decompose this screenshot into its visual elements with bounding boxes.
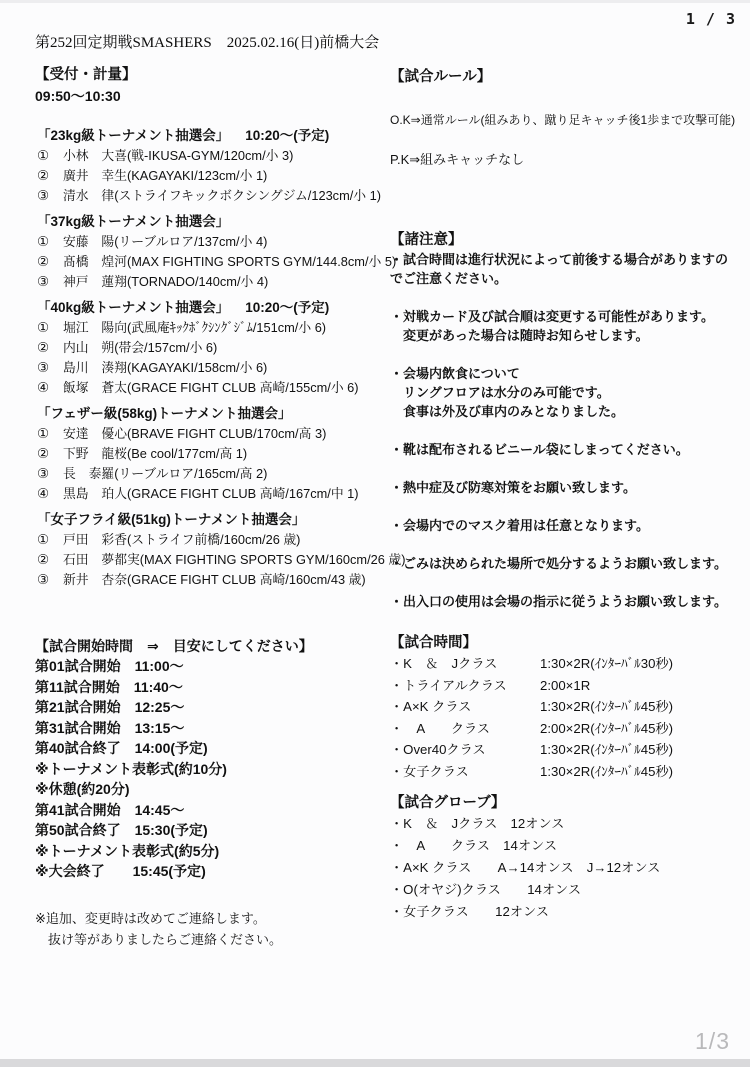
notice-item: ・出入口の使用は会場の指示に従うようお願い致します。 bbox=[390, 592, 748, 611]
entry-number: ③ bbox=[37, 464, 63, 484]
fighter-entry: ①安達 優心(BRAVE FIGHT CLUB/170cm/高 3) bbox=[37, 424, 392, 444]
notices-section: 【諸注意】 ・試合時間は進行状況によって前後する場合がありますの でご注意くださ… bbox=[390, 230, 748, 630]
draw-section-23kg: 「23kg級トーナメント抽選会」10:20～(予定) ①小林 大喜(戦-IKUS… bbox=[37, 126, 392, 206]
glove-line: ・K ＆ Jクラス 12オンス bbox=[390, 813, 748, 835]
fighter-entry: ②髙橋 煌河(MAX FIGHTING SPORTS GYM/144.8cm/小… bbox=[37, 252, 392, 272]
draw-section-feather-58kg: 「フェザー級(58kg)トーナメント抽選会」 ①安達 優心(BRAVE FIGH… bbox=[37, 404, 392, 504]
entry-number: ① bbox=[37, 530, 63, 550]
match-time-row: ・Over40クラス1:30×2R(ｲﾝﾀｰﾊﾞﾙ45秒) bbox=[390, 739, 748, 761]
entry-text: 内山 朔(帯会/157cm/小 6) bbox=[63, 338, 217, 358]
glove-line: ・O(オヤジ)クラス 14オンス bbox=[390, 879, 748, 901]
fighter-entry: ④黒島 珀人(GRACE FIGHT CLUB 高崎/167cm/中 1) bbox=[37, 484, 392, 504]
draw-heading-text: 「女子フライ級(51kg)トーナメント抽選会」 bbox=[37, 512, 305, 527]
entry-text: 小林 大喜(戦-IKUSA-GYM/120cm/小 3) bbox=[63, 146, 293, 166]
page-indicator-top: 1 / 3 bbox=[686, 10, 736, 28]
notice-item: ・会場内飲食について リングフロアは水分のみ可能です。 食事は外及び車内のみとな… bbox=[390, 364, 748, 421]
draw-heading: 「37kg級トーナメント抽選会」 bbox=[37, 212, 392, 232]
entry-text: 安達 優心(BRAVE FIGHT CLUB/170cm/高 3) bbox=[63, 424, 326, 444]
start-time-line: ※大会終了 15:45(予定) bbox=[35, 861, 390, 882]
match-time-row: ・ A クラス2:00×2R(ｲﾝﾀｰﾊﾞﾙ45秒) bbox=[390, 718, 748, 740]
fighter-entry: ②下野 龍桜(Be cool/177cm/高 1) bbox=[37, 444, 392, 464]
notices-heading: 【諸注意】 bbox=[390, 230, 748, 250]
entry-text: 島川 湊翔(KAGAYAKI/158cm/小 6) bbox=[63, 358, 267, 378]
draw-heading-text: 「40kg級トーナメント抽選会」 bbox=[37, 300, 229, 315]
start-times-heading: 【試合開始時間 ⇒ 目安にしてください】 bbox=[35, 636, 390, 656]
entry-text: 清水 律(ストライフキックボクシングジム/123cm/小 1) bbox=[63, 186, 381, 206]
document-page: 1 / 3 第252回定期戦SMASHERS 2025.02.16(日)前橋大会… bbox=[0, 0, 750, 1067]
entry-text: 神戸 蓮翔(TORNADO/140cm/小 4) bbox=[63, 272, 268, 292]
entry-text: 下野 龍桜(Be cool/177cm/高 1) bbox=[63, 444, 247, 464]
start-time-line: ※休憩(約20分) bbox=[35, 779, 390, 800]
draw-heading: 「女子フライ級(51kg)トーナメント抽選会」 bbox=[37, 510, 392, 530]
entry-number: ① bbox=[37, 318, 63, 338]
notice-item: ・ごみは決められた場所で処分するようお願い致します。 bbox=[390, 554, 748, 573]
draw-section-40kg: 「40kg級トーナメント抽選会」10:20～(予定) ①堀江 陽向(武風庵ｷｯｸ… bbox=[37, 298, 392, 398]
start-time-line: 第41試合開始 14:45～ bbox=[35, 800, 390, 821]
notice-item: ・熱中症及び防寒対策をお願い致します。 bbox=[390, 478, 748, 497]
entry-text: 堀江 陽向(武風庵ｷｯｸﾎﾞｸｼﾝｸﾞｼﾞﾑ/151cm/小 6) bbox=[63, 318, 326, 338]
gloves-section: 【試合グローブ】 ・K ＆ Jクラス 12オンス ・ A クラス 14オンス ・… bbox=[390, 793, 748, 923]
fighter-entry: ①戸田 彩香(ストライフ前橋/160cm/26 歳) bbox=[37, 530, 392, 550]
entry-number: ① bbox=[37, 232, 63, 252]
entry-number: ① bbox=[37, 424, 63, 444]
draw-time: 10:20～(予定) bbox=[245, 300, 329, 315]
entry-text: 廣井 幸生(KAGAYAKI/123cm/小 1) bbox=[63, 166, 267, 186]
notice-item: ・会場内でのマスク着用は任意となります。 bbox=[390, 516, 748, 535]
gloves-heading: 【試合グローブ】 bbox=[390, 793, 748, 813]
closing-note: ※追加、変更時は改めてご連絡します。 抜け等がありましたらご連絡ください。 bbox=[35, 908, 390, 950]
round-format: 2:00×2R(ｲﾝﾀｰﾊﾞﾙ45秒) bbox=[540, 718, 673, 740]
match-rules-section: 【試合ルール】 O.K⇒通常ルール(組みあり、蹴り足キャッチ後1歩まで攻撃可能)… bbox=[390, 67, 748, 169]
entry-text: 新井 杏奈(GRACE FIGHT CLUB 高崎/160cm/43 歳) bbox=[63, 570, 366, 590]
rules-heading: 【試合ルール】 bbox=[390, 67, 748, 87]
start-times-section: 【試合開始時間 ⇒ 目安にしてください】 第01試合開始 11:00～ 第11試… bbox=[35, 636, 390, 882]
class-label: ・ A クラス bbox=[390, 718, 540, 740]
class-label: ・A×K クラス bbox=[390, 696, 540, 718]
draw-heading: 「23kg級トーナメント抽選会」10:20～(予定) bbox=[37, 126, 392, 146]
start-time-line: 第50試合終了 15:30(予定) bbox=[35, 820, 390, 841]
class-label: ・女子クラス bbox=[390, 761, 540, 783]
draw-heading-text: 「フェザー級(58kg)トーナメント抽選会」 bbox=[37, 406, 292, 421]
fighter-entry: ③清水 律(ストライフキックボクシングジム/123cm/小 1) bbox=[37, 186, 392, 206]
entry-number: ③ bbox=[37, 570, 63, 590]
round-format: 1:30×2R(ｲﾝﾀｰﾊﾞﾙ45秒) bbox=[540, 761, 673, 783]
entry-number: ② bbox=[37, 444, 63, 464]
reception-time: 09:50～10:30 bbox=[35, 85, 390, 107]
draw-section-women-fly-51kg: 「女子フライ級(51kg)トーナメント抽選会」 ①戸田 彩香(ストライフ前橋/1… bbox=[37, 510, 392, 590]
entry-number: ③ bbox=[37, 358, 63, 378]
round-format: 1:30×2R(ｲﾝﾀｰﾊﾞﾙ45秒) bbox=[540, 739, 673, 761]
entry-number: ④ bbox=[37, 378, 63, 398]
round-format: 2:00×1R bbox=[540, 675, 590, 697]
fighter-entry: ②廣井 幸生(KAGAYAKI/123cm/小 1) bbox=[37, 166, 392, 186]
glove-line: ・女子クラス 12オンス bbox=[390, 901, 748, 923]
draw-section-37kg: 「37kg級トーナメント抽選会」 ①安藤 陽(リーブルロア/137cm/小 4)… bbox=[37, 212, 392, 292]
glove-line: ・ A クラス 14オンス bbox=[390, 835, 748, 857]
fighter-entry: ②石田 夢都実(MAX FIGHTING SPORTS GYM/160cm/26… bbox=[37, 550, 392, 570]
round-format: 1:30×2R(ｲﾝﾀｰﾊﾞﾙ45秒) bbox=[540, 696, 673, 718]
notice-item: ・対戦カード及び試合順は変更する可能性があります。 変更があった場合は随時お知ら… bbox=[390, 307, 748, 345]
fighter-entry: ③島川 湊翔(KAGAYAKI/158cm/小 6) bbox=[37, 358, 392, 378]
start-time-line: 第21試合開始 12:25～ bbox=[35, 697, 390, 718]
match-times-section: 【試合時間】 ・K ＆ Jクラス1:30×2R(ｲﾝﾀｰﾊﾞﾙ30秒) ・トライ… bbox=[390, 633, 748, 782]
start-time-line: ※トーナメント表彰式(約5分) bbox=[35, 841, 390, 862]
fighter-entry: ③長 泰羅(リーブルロア/165cm/高 2) bbox=[37, 464, 392, 484]
entry-text: 飯塚 蒼太(GRACE FIGHT CLUB 高崎/155cm/小 6) bbox=[63, 378, 359, 398]
entry-text: 黒島 珀人(GRACE FIGHT CLUB 高崎/167cm/中 1) bbox=[63, 484, 359, 504]
match-times-heading: 【試合時間】 bbox=[390, 633, 748, 653]
draw-heading: 「フェザー級(58kg)トーナメント抽選会」 bbox=[37, 404, 392, 424]
fighter-entry: ③新井 杏奈(GRACE FIGHT CLUB 高崎/160cm/43 歳) bbox=[37, 570, 392, 590]
entry-text: 髙橋 煌河(MAX FIGHTING SPORTS GYM/144.8cm/小 … bbox=[63, 252, 396, 272]
draw-heading: 「40kg級トーナメント抽選会」10:20～(予定) bbox=[37, 298, 392, 318]
start-time-line: 第11試合開始 11:40～ bbox=[35, 677, 390, 698]
rule-line: O.K⇒通常ルール(組みあり、蹴り足キャッチ後1歩まで攻撃可能) bbox=[390, 111, 748, 129]
glove-line: ・A×K クラス A→14オンス J→12オンス bbox=[390, 857, 748, 879]
fighter-entry: ①小林 大喜(戦-IKUSA-GYM/120cm/小 3) bbox=[37, 146, 392, 166]
notice-item: ・靴は配布されるビニール袋にしまってください。 bbox=[390, 440, 748, 459]
draw-heading-text: 「23kg級トーナメント抽選会」 bbox=[37, 128, 229, 143]
draw-time: 10:20～(予定) bbox=[245, 128, 329, 143]
entry-number: ② bbox=[37, 166, 63, 186]
entry-text: 安藤 陽(リーブルロア/137cm/小 4) bbox=[63, 232, 267, 252]
page-title: 第252回定期戦SMASHERS 2025.02.16(日)前橋大会 bbox=[35, 31, 379, 52]
class-label: ・K ＆ Jクラス bbox=[390, 653, 540, 675]
entry-number: ④ bbox=[37, 484, 63, 504]
match-time-row: ・女子クラス1:30×2R(ｲﾝﾀｰﾊﾞﾙ45秒) bbox=[390, 761, 748, 783]
entry-text: 戸田 彩香(ストライフ前橋/160cm/26 歳) bbox=[63, 530, 300, 550]
entry-text: 長 泰羅(リーブルロア/165cm/高 2) bbox=[63, 464, 267, 484]
entry-number: ③ bbox=[37, 272, 63, 292]
tournament-draw-lists: 「23kg級トーナメント抽選会」10:20～(予定) ①小林 大喜(戦-IKUS… bbox=[37, 126, 392, 596]
fighter-entry: ②内山 朔(帯会/157cm/小 6) bbox=[37, 338, 392, 358]
fighter-entry: ①安藤 陽(リーブルロア/137cm/小 4) bbox=[37, 232, 392, 252]
reception-section: 【受付・計量】 09:50～10:30 bbox=[35, 65, 390, 107]
start-time-line: 第40試合終了 14:00(予定) bbox=[35, 738, 390, 759]
round-format: 1:30×2R(ｲﾝﾀｰﾊﾞﾙ30秒) bbox=[540, 653, 673, 675]
entry-text: 石田 夢都実(MAX FIGHTING SPORTS GYM/160cm/26 … bbox=[63, 550, 405, 570]
entry-number: ③ bbox=[37, 186, 63, 206]
notice-item: ・試合時間は進行状況によって前後する場合がありますの でご注意ください。 bbox=[390, 250, 748, 288]
match-time-row: ・A×K クラス1:30×2R(ｲﾝﾀｰﾊﾞﾙ45秒) bbox=[390, 696, 748, 718]
fighter-entry: ③神戸 蓮翔(TORNADO/140cm/小 4) bbox=[37, 272, 392, 292]
notices-list: ・試合時間は進行状況によって前後する場合がありますの でご注意ください。 ・対戦… bbox=[390, 250, 748, 611]
start-time-line: 第01試合開始 11:00～ bbox=[35, 656, 390, 677]
draw-heading-text: 「37kg級トーナメント抽選会」 bbox=[37, 214, 229, 229]
class-label: ・トライアルクラス bbox=[390, 675, 540, 697]
start-time-line: 第31試合開始 13:15～ bbox=[35, 718, 390, 739]
entry-number: ① bbox=[37, 146, 63, 166]
match-time-row: ・K ＆ Jクラス1:30×2R(ｲﾝﾀｰﾊﾞﾙ30秒) bbox=[390, 653, 748, 675]
start-time-line: ※トーナメント表彰式(約10分) bbox=[35, 759, 390, 780]
entry-number: ② bbox=[37, 338, 63, 358]
rule-line: P.K⇒組みキャッチなし bbox=[390, 151, 748, 169]
page-bottom-edge bbox=[0, 1059, 750, 1067]
reception-heading: 【受付・計量】 bbox=[35, 65, 390, 85]
entry-number: ② bbox=[37, 550, 63, 570]
fighter-entry: ①堀江 陽向(武風庵ｷｯｸﾎﾞｸｼﾝｸﾞｼﾞﾑ/151cm/小 6) bbox=[37, 318, 392, 338]
match-time-row: ・トライアルクラス2:00×1R bbox=[390, 675, 748, 697]
page-indicator-bottom: 1/3 bbox=[695, 1028, 730, 1055]
class-label: ・Over40クラス bbox=[390, 739, 540, 761]
fighter-entry: ④飯塚 蒼太(GRACE FIGHT CLUB 高崎/155cm/小 6) bbox=[37, 378, 392, 398]
entry-number: ② bbox=[37, 252, 63, 272]
